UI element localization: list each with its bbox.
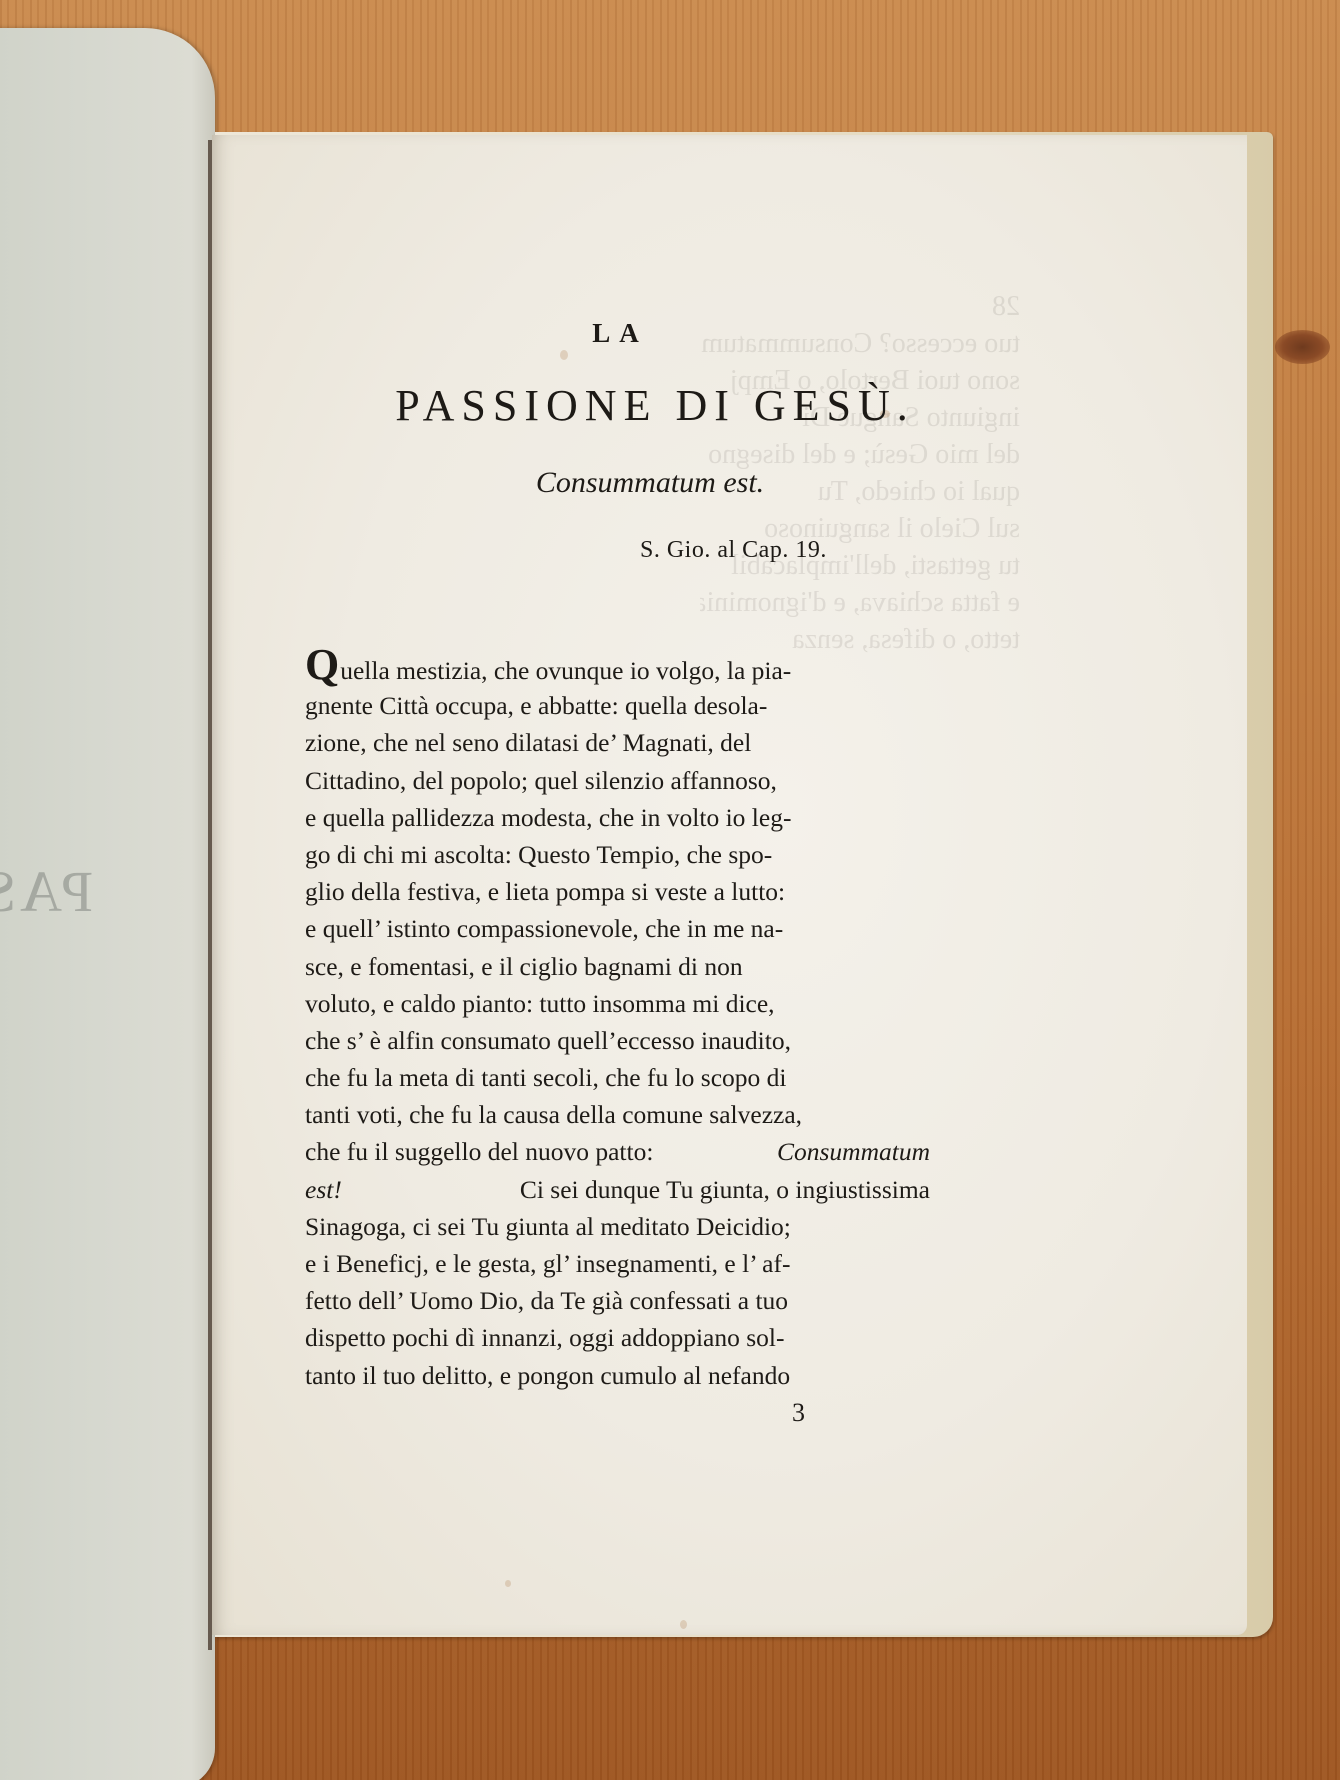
- text-line: e quell’ istinto compassionevole, che in…: [305, 910, 930, 947]
- heading-article: LA: [0, 318, 1240, 349]
- text-line: che fu il suggello del nuovo patto: Cons…: [305, 1133, 930, 1170]
- left-page-bleed-text: PAS: [0, 858, 93, 925]
- text-line: e i Beneficj, e le gesta, gl’ insegnamen…: [305, 1245, 930, 1282]
- text-line: e quella pallidezza modesta, che in volt…: [305, 799, 930, 836]
- inline-latin-quote: Consummatum: [777, 1133, 930, 1170]
- text-line: zione, che nel seno dilatasi de’ Magnati…: [305, 724, 930, 761]
- text-line: tanto il tuo delitto, e pongon cumulo al…: [305, 1357, 930, 1394]
- text-line: Quella mestizia, che ovunque io volgo, l…: [305, 650, 930, 687]
- text-line: est! Ci sei dunque Tu giunta, o ingiusti…: [305, 1171, 930, 1208]
- wood-knot: [1275, 330, 1330, 364]
- paper-foxing: [680, 1620, 687, 1629]
- paper-foxing: [505, 1580, 511, 1587]
- text-line: fetto dell’ Uomo Dio, da Te già confessa…: [305, 1282, 930, 1319]
- text-line: tanti voti, che fu la causa della comune…: [305, 1096, 930, 1133]
- text-line: Sinagoga, ci sei Tu giunta al meditato D…: [305, 1208, 930, 1245]
- epigraph: Consummatum est.: [300, 466, 1000, 500]
- text-line: go di chi mi ascolta: Questo Tempio, che…: [305, 836, 930, 873]
- left-page: PAS: [0, 28, 215, 1780]
- text-line: dispetto pochi dì innanzi, oggi addoppia…: [305, 1319, 930, 1356]
- text-line: voluto, e caldo pianto: tutto insomma mi…: [305, 985, 930, 1022]
- gutter: [208, 140, 212, 1650]
- drop-cap: Q: [305, 640, 339, 689]
- text-line: sce, e fomentasi, e il ciglio bagnami di…: [305, 948, 930, 985]
- scripture-reference: S. Gio. al Cap. 19.: [640, 537, 827, 564]
- text-line: Cittadino, del popolo; quel silenzio aff…: [305, 762, 930, 799]
- inline-latin-quote: est!: [305, 1171, 342, 1208]
- body-paragraph: Quella mestizia, che ovunque io volgo, l…: [305, 650, 930, 1394]
- page-title: PASSIONE DI GESÙ.: [305, 380, 1005, 431]
- text-line: che fu la meta di tanti secoli, che fu l…: [305, 1059, 930, 1096]
- paper-foxing: [560, 350, 568, 360]
- text-line: che s’ è alfin consumato quell’eccesso i…: [305, 1022, 930, 1059]
- text-line: glio della festiva, e lieta pompa si ves…: [305, 873, 930, 910]
- text-line: gnente Città occupa, e abbatte: quella d…: [305, 687, 930, 724]
- signature-mark: 3: [792, 1398, 805, 1428]
